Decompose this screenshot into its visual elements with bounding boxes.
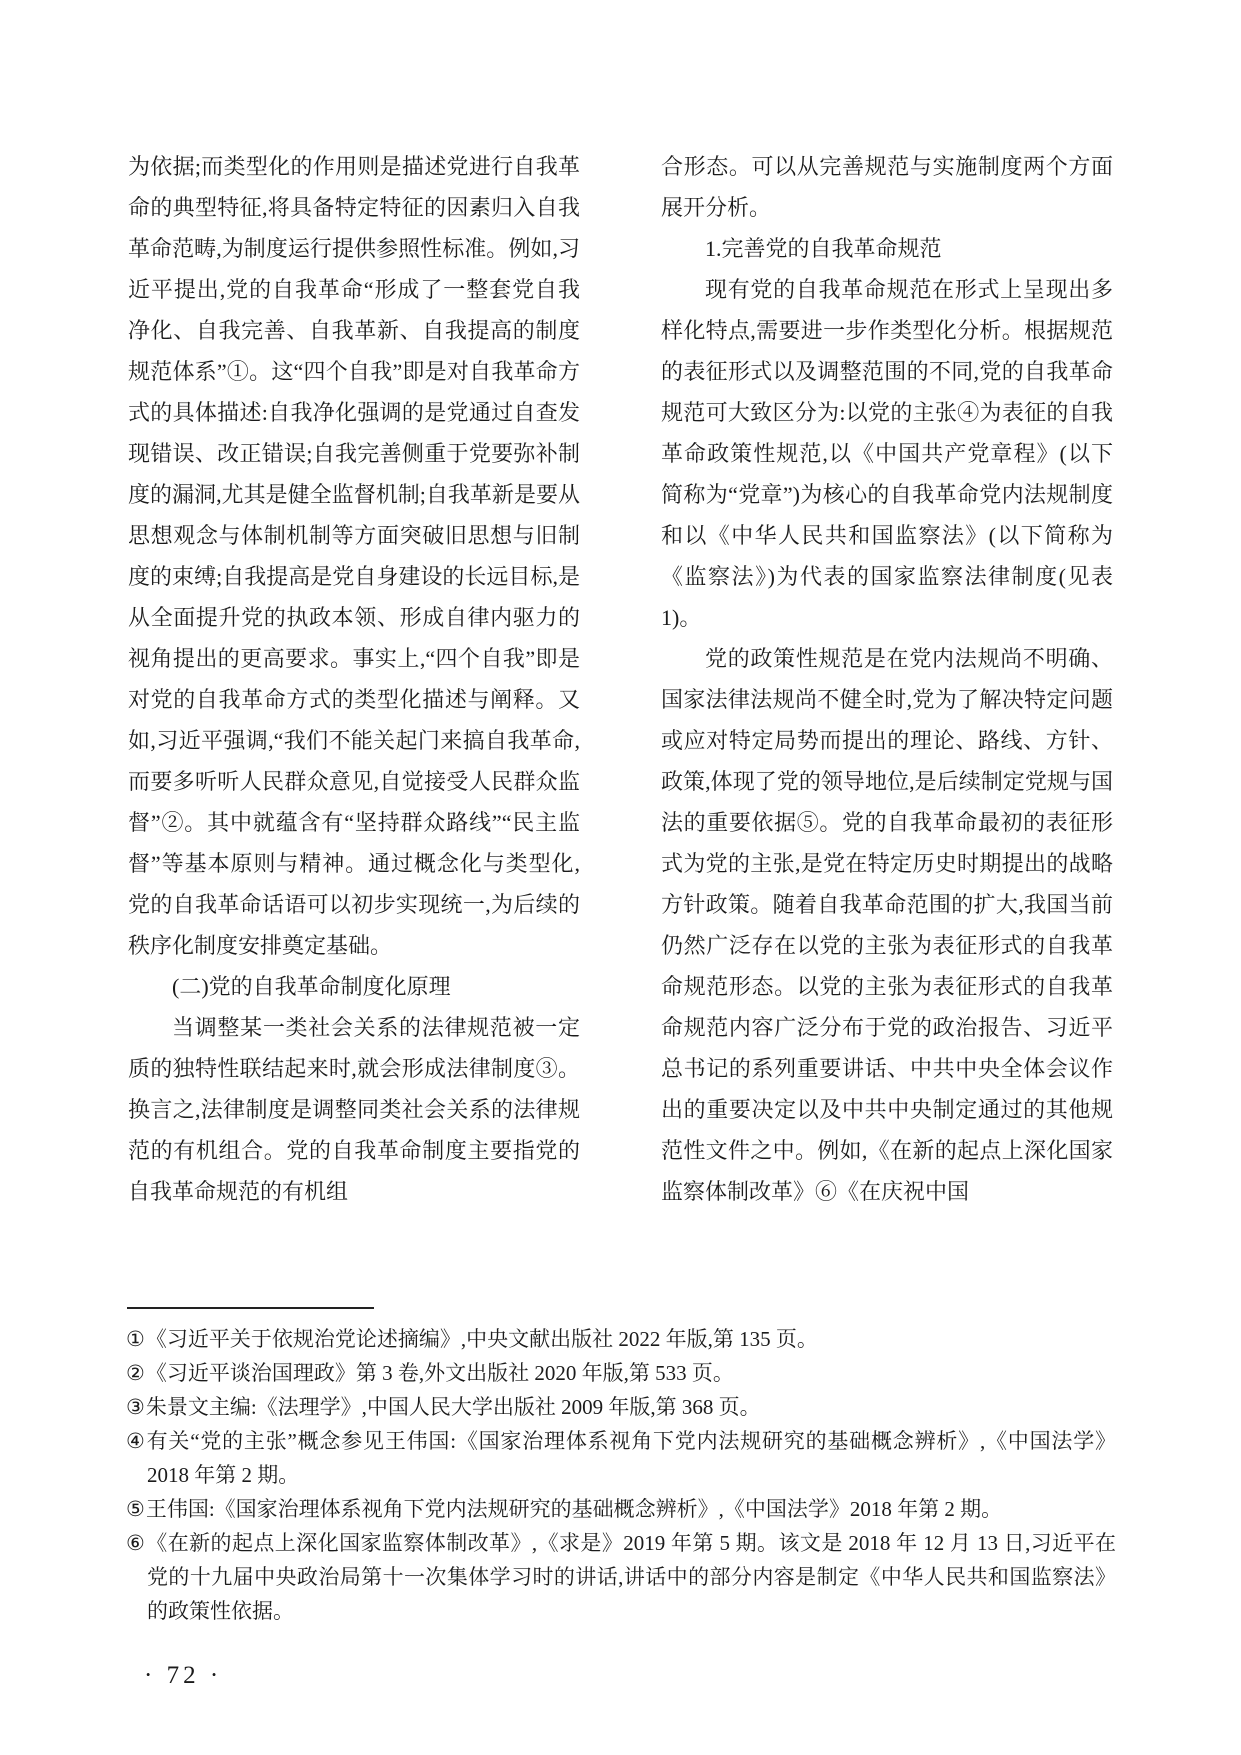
footnote-separator	[127, 1307, 374, 1309]
subsection-heading: 1.完善党的自我革命规范	[661, 228, 1113, 269]
footnotes-section: ①《习近平关于依规治党论述摘编》,中央文献出版社 2022 年版,第 135 页…	[126, 1322, 1116, 1628]
footnote-text: 朱景文主编:《法理学》,中国人民大学出版社 2009 年版,第 368 页。	[146, 1395, 761, 1419]
footnote-item: ③朱景文主编:《法理学》,中国人民大学出版社 2009 年版,第 368 页。	[126, 1390, 1116, 1424]
article-body: 为依据;而类型化的作用则是描述党进行自我革命的典型特征,将具备特定特征的因素归入…	[128, 146, 1113, 1212]
footnote-item: ①《习近平关于依规治党论述摘编》,中央文献出版社 2022 年版,第 135 页…	[126, 1322, 1116, 1356]
page-number: · 72 ·	[144, 1662, 222, 1690]
footnote-marker: ⑤	[126, 1497, 145, 1521]
journal-page: 为依据;而类型化的作用则是描述党进行自我革命的典型特征,将具备特定特征的因素归入…	[0, 0, 1241, 1755]
footnote-text: 《习近平关于依规治党论述摘编》,中央文献出版社 2022 年版,第 135 页。	[146, 1327, 818, 1351]
footnote-text: 有关“党的主张”概念参见王伟国:《国家治理体系视角下党内法规研究的基础概念辨析》…	[147, 1429, 1116, 1487]
footnote-text: 《习近平谈治国理政》第 3 卷,外文出版社 2020 年版,第 533 页。	[146, 1361, 734, 1385]
body-paragraph-continuation: 合形态。可以从完善规范与实施制度两个方面展开分析。	[661, 146, 1113, 228]
footnote-item: ⑤王伟国:《国家治理体系视角下党内法规研究的基础概念辨析》,《中国法学》2018…	[126, 1492, 1116, 1526]
footnote-item: ②《习近平谈治国理政》第 3 卷,外文出版社 2020 年版,第 533 页。	[126, 1356, 1116, 1390]
body-paragraph: 现有党的自我革命规范在形式上呈现出多样化特点,需要进一步作类型化分析。根据规范的…	[661, 269, 1113, 638]
body-paragraph-continuation: 为依据;而类型化的作用则是描述党进行自我革命的典型特征,将具备特定特征的因素归入…	[128, 146, 580, 966]
footnote-text: 王伟国:《国家治理体系视角下党内法规研究的基础概念辨析》,《中国法学》2018 …	[146, 1497, 1002, 1521]
footnote-marker: ②	[126, 1361, 145, 1385]
body-paragraph: 当调整某一类社会关系的法律规范被一定质的独特性联结起来时,就会形成法律制度③。换…	[128, 1007, 580, 1212]
footnote-item: ⑥《在新的起点上深化国家监察体制改革》,《求是》2019 年第 5 期。该文是 …	[126, 1526, 1116, 1628]
column-left: 为依据;而类型化的作用则是描述党进行自我革命的典型特征,将具备特定特征的因素归入…	[128, 146, 580, 1212]
section-heading: (二)党的自我革命制度化原理	[128, 966, 580, 1007]
footnote-marker: ④	[126, 1429, 146, 1453]
footnote-marker: ⑥	[126, 1531, 145, 1555]
footnote-marker: ③	[126, 1395, 145, 1419]
body-paragraph: 党的政策性规范是在党内法规尚不明确、国家法律法规尚不健全时,党为了解决特定问题或…	[661, 638, 1113, 1212]
footnote-text: 《在新的起点上深化国家监察体制改革》,《求是》2019 年第 5 期。该文是 2…	[146, 1531, 1116, 1623]
footnote-item: ④有关“党的主张”概念参见王伟国:《国家治理体系视角下党内法规研究的基础概念辨析…	[126, 1424, 1116, 1492]
footnote-marker: ①	[126, 1327, 145, 1351]
column-right: 合形态。可以从完善规范与实施制度两个方面展开分析。 1.完善党的自我革命规范 现…	[661, 146, 1113, 1212]
